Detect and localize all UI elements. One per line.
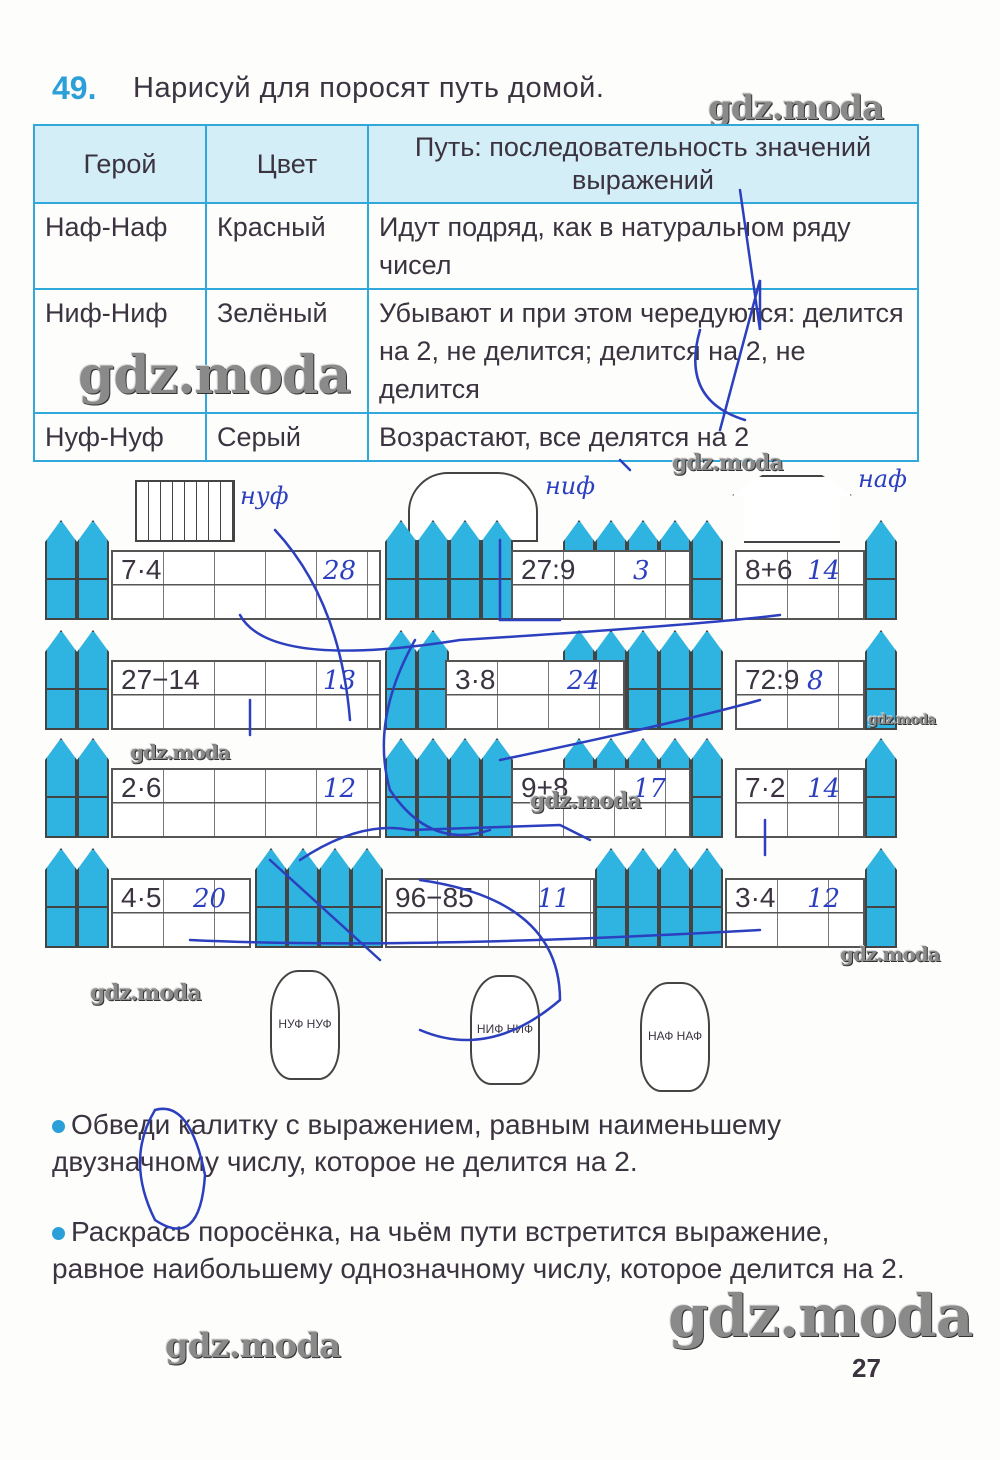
gate-expression: 27−14 (121, 664, 200, 696)
heroes-table: Герой Цвет Путь: последовательность знач… (33, 124, 919, 462)
gate-answer: 12 (807, 884, 840, 914)
fence-picket (627, 848, 659, 948)
cell-hero: Нуф-Нуф (34, 413, 206, 461)
gate-expression: 96−85 (395, 882, 474, 914)
gate-answer: 20 (193, 884, 226, 914)
fence-picket (385, 738, 417, 838)
fence-picket (691, 520, 723, 620)
gate-expression: 3·8 (455, 664, 495, 696)
house-label-nuf: нуф (240, 482, 289, 510)
watermark: gdz.moda (668, 1282, 972, 1350)
fence-picket (385, 520, 417, 620)
gate[interactable]: 3·412 (725, 878, 865, 948)
cell-color: Красный (206, 203, 368, 289)
bullet-icon (52, 1120, 65, 1133)
watermark: gdz.moda (130, 740, 230, 764)
gate-expression: 2·6 (121, 772, 161, 804)
gate[interactable]: 7·428 (111, 550, 381, 620)
fence-picket (659, 630, 691, 730)
task-number: 49. (52, 70, 96, 107)
fence-picket (481, 520, 513, 620)
fence-picket (45, 738, 77, 838)
fence-picket (659, 848, 691, 948)
gate-answer: 12 (323, 774, 356, 804)
watermark: gdz.moda (708, 88, 883, 128)
pig-naf-naf[interactable]: НАФ НАФ (640, 982, 710, 1092)
gate[interactable]: 27−1413 (111, 660, 381, 730)
bullet-icon (52, 1227, 65, 1240)
pig-nuf-nuf[interactable]: НУФ НУФ (270, 970, 340, 1080)
gate-expression: 3·4 (735, 882, 775, 914)
gate-answer: 8 (807, 666, 824, 696)
gate-answer: 14 (807, 774, 840, 804)
fence-picket (481, 738, 513, 838)
fence-picket (77, 520, 109, 620)
fence-picket (865, 520, 897, 620)
header-path: Путь: последовательность значений выраже… (368, 125, 918, 203)
gate[interactable]: 7·214 (735, 768, 865, 838)
pig-shirt-label: НИФ НИФ (477, 1022, 533, 1036)
fence-picket (45, 520, 77, 620)
gate[interactable]: 72:98 (735, 660, 865, 730)
fence-picket (255, 848, 287, 948)
gate-answer: 13 (323, 666, 356, 696)
watermark: gdz.moda (840, 942, 940, 966)
gate-expression: 4·5 (121, 882, 161, 914)
gate-expression: 7·4 (121, 554, 161, 586)
pig-shirt-label: НУФ НУФ (278, 1017, 331, 1031)
fence-picket (77, 630, 109, 730)
fence-row: 4·52096−85113·412 (45, 848, 895, 948)
cell-path: Возрастают, все делятся на 2 (368, 413, 918, 461)
gate-answer: 3 (633, 556, 650, 586)
cell-path: Идут подряд, как в натуральном ряду чисе… (368, 203, 918, 289)
watermark: gdz.moda (90, 980, 201, 1006)
fence-picket (691, 630, 723, 730)
fence-picket (45, 848, 77, 948)
pig-nif-nif[interactable]: НИФ НИФ (470, 975, 540, 1085)
fence-picket (865, 738, 897, 838)
gate-expression: 8+6 (745, 554, 793, 586)
pig-shirt-label: НАФ НАФ (648, 1029, 702, 1043)
fence-picket (449, 738, 481, 838)
gate[interactable]: 2·612 (111, 768, 381, 838)
instruction-1: Обведи калитку с выражением, равным наим… (52, 1106, 912, 1180)
watermark: gdz.moda (165, 1326, 340, 1366)
table-header-row: Герой Цвет Путь: последовательность знач… (34, 125, 918, 203)
house-label-naf: наф (858, 465, 907, 493)
gate-expression: 27:9 (521, 554, 576, 586)
gate[interactable]: 8+614 (735, 550, 865, 620)
fence-picket (77, 738, 109, 838)
instruction-2: Раскрась поросёнка, на чьём пути встрети… (52, 1213, 912, 1287)
fence-picket (287, 848, 319, 948)
fence-row: 7·42827:938+614 (45, 520, 895, 620)
gate[interactable]: 3·824 (445, 660, 625, 730)
gate-answer: 24 (567, 666, 600, 696)
watermark: gdz.moda (868, 712, 935, 728)
cell-hero: Наф-Наф (34, 203, 206, 289)
gate-answer: 28 (323, 556, 356, 586)
watermark: gdz.moda (78, 345, 350, 406)
page-number: 27 (852, 1353, 881, 1384)
table-row: Нуф-Нуф Серый Возрастают, все делятся на… (34, 413, 918, 461)
house-label-nif: ниф (545, 472, 595, 500)
gate-expression: 72:9 (745, 664, 800, 696)
fence-picket (627, 630, 659, 730)
fence-picket (595, 848, 627, 948)
fence-picket (691, 738, 723, 838)
fence-picket (865, 848, 897, 948)
fence-picket (77, 848, 109, 948)
cell-color: Серый (206, 413, 368, 461)
watermark: gdz.moda (530, 788, 641, 814)
table-row: Наф-Наф Красный Идут подряд, как в натур… (34, 203, 918, 289)
gate-expression: 7·2 (745, 772, 785, 804)
fence-picket (351, 848, 383, 948)
gate-answer: 11 (537, 884, 570, 914)
fence-row: 27−14133·82472:98 (45, 630, 895, 730)
fence-picket (319, 848, 351, 948)
fence-picket (417, 738, 449, 838)
fence-picket (417, 520, 449, 620)
header-hero: Герой (34, 125, 206, 203)
task-title: Нарисуй для поросят путь домой. (133, 72, 604, 105)
fence-picket (691, 848, 723, 948)
gate-answer: 14 (807, 556, 840, 586)
fence-picket (385, 630, 417, 730)
fence-picket (449, 520, 481, 620)
watermark: gdz.moda (672, 450, 783, 476)
fence-picket (45, 630, 77, 730)
header-color: Цвет (206, 125, 368, 203)
cell-path: Убывают и при этом чередуются: делится н… (368, 289, 918, 413)
gate[interactable]: 96−8511 (385, 878, 595, 948)
gate[interactable]: 27:93 (511, 550, 691, 620)
gate[interactable]: 4·520 (111, 878, 251, 948)
